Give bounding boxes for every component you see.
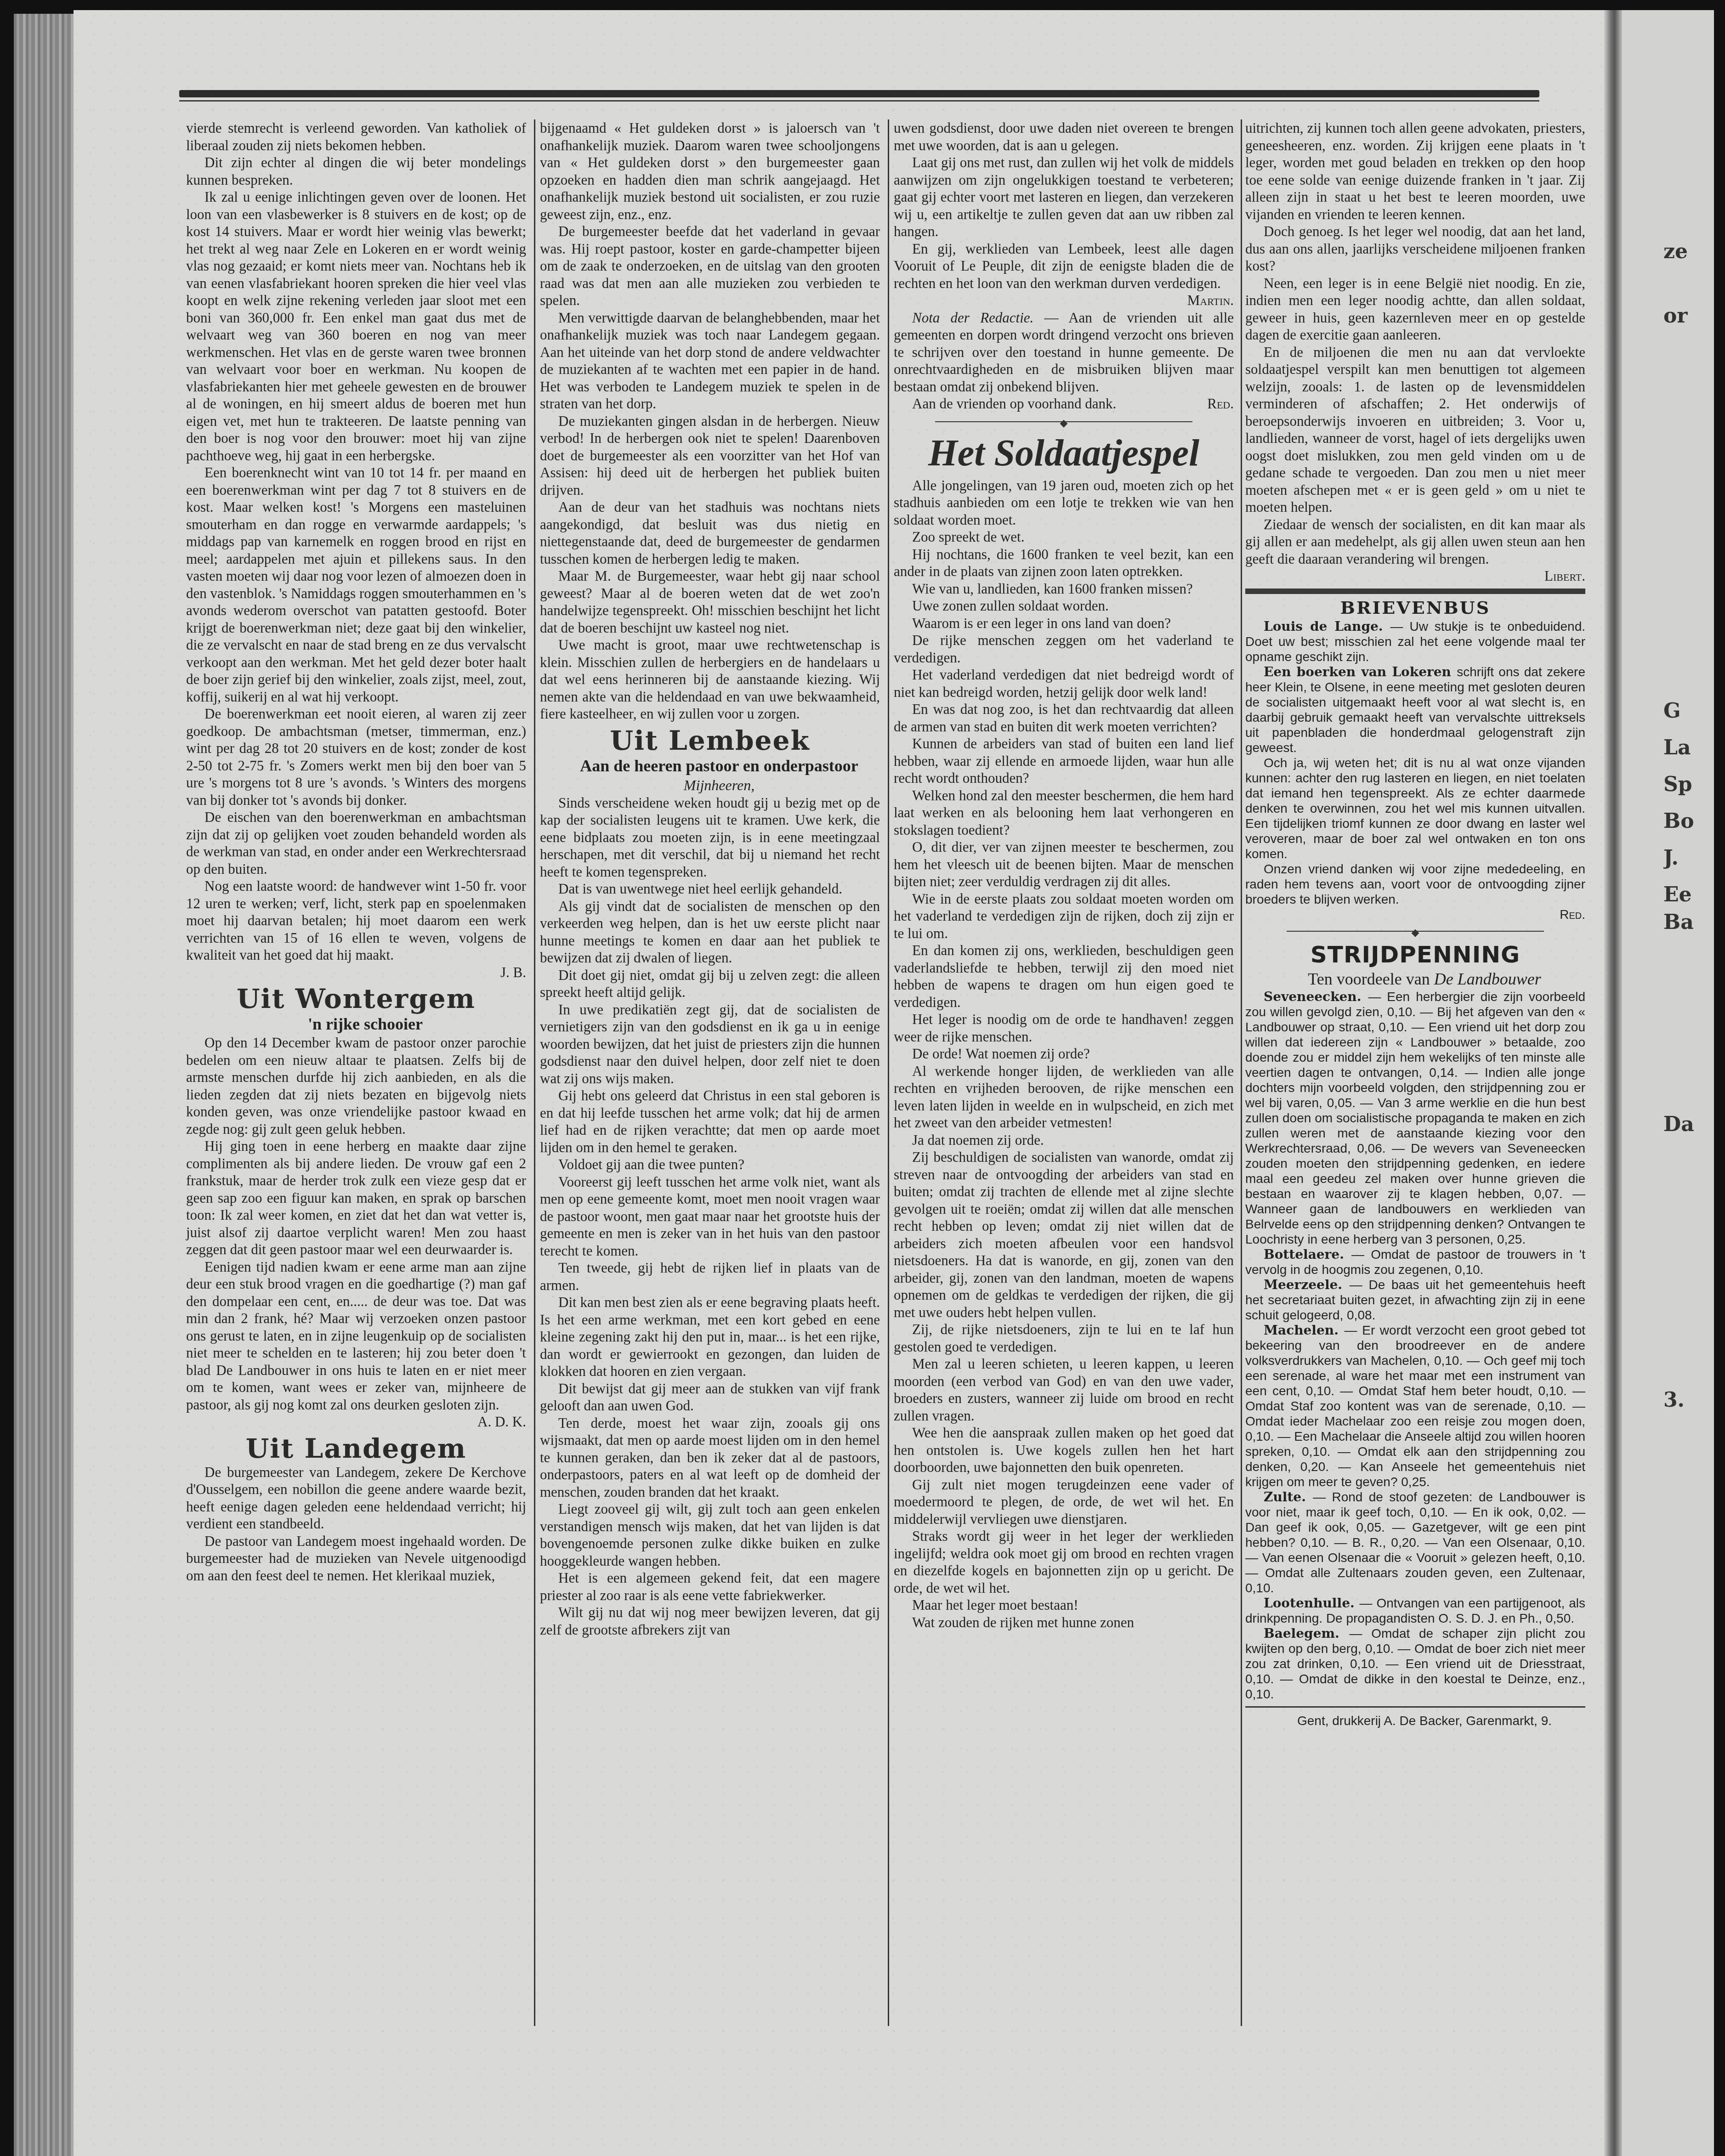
masthead-rule <box>179 90 1539 97</box>
paragraph: Dit bewijst dat gij meer aan de stukken … <box>540 1380 880 1415</box>
subheading-landbouwer: Ten voordeele van De Landbouwer <box>1245 969 1585 989</box>
adjacent-page-fragment: ze <box>1663 240 1696 263</box>
column-divider <box>534 119 535 2026</box>
paragraph: De rijke menschen zeggen om het vaderlan… <box>894 632 1234 666</box>
paragraph: Een boerenknecht wint van 10 tot 14 fr. … <box>186 464 526 705</box>
paragraph: De pastoor van Landegem moest ingehaald … <box>186 1533 526 1584</box>
heading-brievenbus: BRIEVENBUS <box>1245 597 1585 619</box>
entry: Louis de Lange. — Uw stukje is te onbedu… <box>1245 619 1585 664</box>
binding-gutter <box>1604 10 1622 2156</box>
paragraph: Laat gij ons met rust, dan zullen wij he… <box>894 154 1234 240</box>
entry-lead: Machelen. <box>1264 1323 1345 1338</box>
column-4: uitrichten, zij kunnen toch allen geene … <box>1245 119 1585 1729</box>
book-spine-edge <box>14 14 78 2156</box>
entry-lead: Bottelaere. <box>1264 1247 1351 1262</box>
adjacent-page-fragment: Sp <box>1663 773 1696 796</box>
entry-lead: Seveneecken. <box>1264 989 1368 1004</box>
ornament-divider <box>1287 927 1544 936</box>
adjacent-page-fragment: G <box>1663 699 1696 723</box>
column-divider <box>1241 119 1242 2026</box>
signature-red: Red. <box>1245 907 1585 922</box>
signature-jb: J. B. <box>186 964 526 981</box>
article-wontergem: Op den 14 December kwam de pastoor onzer… <box>186 1034 526 1413</box>
paragraph: Ziedaar de wensch der socialisten, en di… <box>1245 516 1585 568</box>
entry: Och ja, wij weten het; dit is nu al wat … <box>1245 755 1585 861</box>
paragraph: Wee hen die aanspraak zullen maken op he… <box>894 1424 1234 1476</box>
paragraph: Eenigen tijd nadien kwam er eene arme ma… <box>186 1258 526 1414</box>
adjacent-page-edge: zeorGLaSpBoJ.EeBaDa3. <box>1622 10 1725 2156</box>
paragraph: Wat zouden de rijken met hunne zonen <box>894 1614 1234 1631</box>
entry-text: Onzen vriend danken wij voor zijne meded… <box>1245 862 1585 906</box>
nota-signature: Red. <box>1189 395 1234 413</box>
paragraph: Nog een laatste woord: de handwever wint… <box>186 877 526 964</box>
entry-lead: Louis de Lange. <box>1264 619 1390 634</box>
entry-lead: Meerzeele. <box>1264 1277 1350 1292</box>
column-3-intro: uwen godsdienst, door uwe daden niet ove… <box>894 119 1234 292</box>
entry: Een boerken van Lokeren schrijft ons dat… <box>1245 664 1585 755</box>
paragraph: De burgemeester van Landegem, zekere De … <box>186 1464 526 1533</box>
signature-adk: A. D. K. <box>186 1413 526 1431</box>
paragraph: En dan komen zij ons, werklieden, beschu… <box>894 942 1234 1011</box>
paragraph: Op den 14 December kwam de pastoor onzer… <box>186 1034 526 1137</box>
paragraph: De muziekanten gingen alsdan in de herbe… <box>540 413 880 499</box>
paragraph: bijgenaamd « Het guldeken dorst » is jal… <box>540 119 880 223</box>
paragraph: Welken hond zal den meester beschermen, … <box>894 787 1234 839</box>
entry-text: Och ja, wij weten het; dit is nu al wat … <box>1245 756 1585 861</box>
adjacent-page-fragment: J. <box>1663 846 1696 870</box>
adjacent-page-fragment: La <box>1663 736 1696 759</box>
paragraph: Dit doet gij niet, omdat gij bij u zelve… <box>540 967 880 1001</box>
entry: Meerzeele. — De baas uit het gemeentehui… <box>1245 1277 1585 1323</box>
article-soldaatjespel: Alle jongelingen, van 19 jaren oud, moet… <box>894 477 1234 1631</box>
column-divider <box>888 119 889 2026</box>
paragraph: Hij ging toen in eene herberg en maakte … <box>186 1137 526 1258</box>
subheading-title: De Landbouwer <box>1434 970 1541 988</box>
article-landegem: De burgemeester van Landegem, zekere De … <box>186 1464 526 1584</box>
paragraph: De burgemeester beefde dat het vaderland… <box>540 223 880 309</box>
paragraph: Gij hebt ons geleerd dat Christus in een… <box>540 1087 880 1156</box>
paragraph: Hij nochtans, die 1600 franken te veel b… <box>894 546 1234 580</box>
paragraph: Het is een algemeen gekend feit, dat een… <box>540 1569 880 1604</box>
adjacent-page-fragment: 3. <box>1663 1388 1696 1412</box>
paragraph: Maar het leger moet bestaan! <box>894 1596 1234 1614</box>
signature-libert: Libert. <box>1245 567 1585 585</box>
paragraph: De eischen van den boerenwerkman en amba… <box>186 809 526 877</box>
paragraph: En was dat nog zoo, is het dan rechtvaar… <box>894 701 1234 735</box>
heading-uit-landegem: Uit Landegem <box>186 1433 526 1464</box>
strijdpenning-entries: Seveneecken. — Een herbergier die zijn v… <box>1245 989 1585 1702</box>
paragraph: Neen, een leger is in eene België niet n… <box>1245 275 1585 344</box>
entry: Seveneecken. — Een herbergier die zijn v… <box>1245 989 1585 1247</box>
paragraph: De orde! Wat noemen zij orde? <box>894 1045 1234 1063</box>
nota-der-redactie: Nota der Redactie. — Aan de vrienden uit… <box>894 309 1234 396</box>
subheading-prefix: Ten voordeele van <box>1308 970 1430 988</box>
brievenbus-entries: Louis de Lange. — Uw stukje is te onbedu… <box>1245 619 1585 907</box>
paragraph: Men verwittigde daarvan de belanghebbend… <box>540 309 880 413</box>
entry-lead: Baelegem. <box>1264 1626 1350 1641</box>
ornament-divider <box>935 417 1192 426</box>
paragraph: Ten tweede, gij hebt de rijken lief in p… <box>540 1259 880 1294</box>
paragraph: Doch genoeg. Is het leger wel noodig, da… <box>1245 223 1585 275</box>
entry-text: — Een herbergier die zijn voorbeeld zou … <box>1245 990 1585 1246</box>
paragraph: Wie van u, landlieden, kan 1600 franken … <box>894 580 1234 598</box>
paragraph: uwen godsdienst, door uwe daden niet ove… <box>894 119 1234 154</box>
adjacent-page-fragment: Ba <box>1663 911 1696 934</box>
paragraph: Kunnen de arbeiders van stad of buiten e… <box>894 735 1234 787</box>
paragraph: Gij zult niet mogen terugdeinzen eene va… <box>894 1476 1234 1528</box>
adjacent-page-fragment: Bo <box>1663 809 1696 833</box>
paragraph: Voldoet gij aan die twee punten? <box>540 1156 880 1173</box>
heading-strijdpenning: STRIJDPENNING <box>1245 940 1585 969</box>
nota-label: Nota der Redactie. <box>912 310 1033 326</box>
paragraph: Uwe macht is groot, maar uwe rechtwetens… <box>540 636 880 723</box>
adjacent-page-fragment: or <box>1663 304 1696 328</box>
paragraph: Straks wordt gij weer in het leger der w… <box>894 1528 1234 1596</box>
paragraph: O, dit dier, ver van zijnen meester te b… <box>894 838 1234 890</box>
column-1: vierde stemrecht is verleend geworden. V… <box>186 119 526 1584</box>
subheading-pastoor: Aan de heeren pastoor en onderpastoor <box>540 756 880 776</box>
paragraph: Het vaderland verdedigen dat niet bedrei… <box>894 666 1234 701</box>
entry-lead: Een boerken van Lokeren <box>1264 664 1457 679</box>
paragraph: Wilt gij nu dat wij nog meer bewijzen le… <box>540 1604 880 1638</box>
signature-martin: Martin. <box>894 292 1234 309</box>
entry: Lootenhulle. — Ontvangen van een partijg… <box>1245 1596 1585 1626</box>
paragraph: De boerenwerkman eet nooit eieren, al wa… <box>186 705 526 809</box>
paragraph: In uwe predikatiën zegt gij, dat de soci… <box>540 1001 880 1087</box>
column-2-intro: bijgenaamd « Het guldeken dorst » is jal… <box>540 119 880 723</box>
paragraph: vierde stemrecht is verleend geworden. V… <box>186 119 526 154</box>
column-3: uwen godsdienst, door uwe daden niet ove… <box>894 119 1234 1631</box>
paragraph: Zoo spreekt de wet. <box>894 528 1234 546</box>
column-2: bijgenaamd « Het guldeken dorst » is jal… <box>540 119 880 1638</box>
paragraph: Maar M. de Burgemeester, waar hebt gij n… <box>540 567 880 636</box>
entry: Onzen vriend danken wij voor zijne meded… <box>1245 861 1585 907</box>
adjacent-page-fragment: Ee <box>1663 883 1696 906</box>
paragraph: Al werkende honger lijden, de werklieden… <box>894 1063 1234 1132</box>
entry-text: — Rond de stoof gezeten: de Landbouwer i… <box>1245 1490 1585 1595</box>
paragraph: uitrichten, zij kunnen toch allen geene … <box>1245 119 1585 223</box>
entry: Bottelaere. — Omdat de pastoor de trouwe… <box>1245 1247 1585 1277</box>
entry: Zulte. — Rond de stoof gezeten: de Landb… <box>1245 1489 1585 1596</box>
paragraph: Zij, de rijke nietsdoeners, zijn te lui … <box>894 1321 1234 1355</box>
entry-lead: Lootenhulle. <box>1264 1596 1360 1611</box>
paragraph: Waarom is er een leger in ons land van d… <box>894 615 1234 632</box>
paragraph: Het leger is noodig om de orde te handha… <box>894 1011 1234 1045</box>
entry-lead: Zulte. <box>1264 1489 1313 1505</box>
masthead-thin-rule <box>179 100 1539 102</box>
paragraph: Ja dat noemen zij orde. <box>894 1132 1234 1149</box>
paragraph: Dit zijn echter al dingen die wij beter … <box>186 154 526 188</box>
paragraph: Uwe zonen zullen soldaat worden. <box>894 597 1234 615</box>
paragraph: Ten derde, moest het waar zijn, zooals g… <box>540 1415 880 1501</box>
article-lembeek: Sinds verscheidene weken houdt gij u bez… <box>540 794 880 1639</box>
paragraph: En de miljoenen die men nu aan dat vervl… <box>1245 344 1585 516</box>
section-rule <box>1245 589 1585 594</box>
paragraph: Ik zal u eenige inlichtingen geven over … <box>186 188 526 464</box>
adjacent-page-fragment: Da <box>1663 1113 1696 1136</box>
paragraph: Dat is van uwentwege niet heel eerlijk g… <box>540 880 880 898</box>
paragraph: Men zal u leeren schieten, u leeren kapp… <box>894 1355 1234 1424</box>
paragraph: Wie in de eerste plaats zou soldaat moet… <box>894 890 1234 942</box>
paragraph: Alle jongelingen, van 19 jaren oud, moet… <box>894 477 1234 529</box>
nota-thanks-text: Aan de vrienden op voorhand dank. <box>912 396 1116 412</box>
heading-soldaatjespel: Het Soldaatjespel <box>894 431 1234 475</box>
entry: Machelen. — Er wordt verzocht een groot … <box>1245 1323 1585 1489</box>
heading-uit-wontergem: Uit Wontergem <box>186 984 526 1014</box>
heading-uit-lembeek: Uit Lembeek <box>540 725 880 756</box>
footer-rule <box>1245 1706 1585 1708</box>
paragraph: Sinds verscheidene weken houdt gij u bez… <box>540 794 880 881</box>
entry-text: — Er wordt verzocht een groot gebed tot … <box>1245 1323 1585 1489</box>
paragraph: Aan de deur van het stadhuis was nochtan… <box>540 498 880 567</box>
paragraph: Zij beschuldigen de socialisten van wano… <box>894 1149 1234 1321</box>
printer-imprint: Gent, drukkerij A. De Backer, Garenmarkt… <box>1245 1712 1585 1730</box>
paragraph: Dit kan men best zien als er eene begrav… <box>540 1294 880 1380</box>
column-1-intro: vierde stemrecht is verleend geworden. V… <box>186 119 526 964</box>
entry: Baelegem. — Omdat de schaper zijn plicht… <box>1245 1626 1585 1702</box>
column-4-intro: uitrichten, zij kunnen toch allen geene … <box>1245 119 1585 567</box>
paragraph: Liegt zooveel gij wilt, gij zult toch aa… <box>540 1500 880 1569</box>
subheading-rijke-schooier: 'n rijke schooier <box>186 1014 526 1034</box>
scan-border <box>1714 0 1725 2156</box>
paragraph: Als gij vindt dat de socialisten de mens… <box>540 898 880 967</box>
paragraph: En gij, werklieden van Lembeek, leest al… <box>894 240 1234 292</box>
paragraph: Vooreerst gij leeft tusschen het arme vo… <box>540 1173 880 1260</box>
nota-thanks: Aan de vrienden op voorhand dank. Red. <box>894 395 1234 413</box>
salutation: Mijnheeren, <box>540 776 880 794</box>
